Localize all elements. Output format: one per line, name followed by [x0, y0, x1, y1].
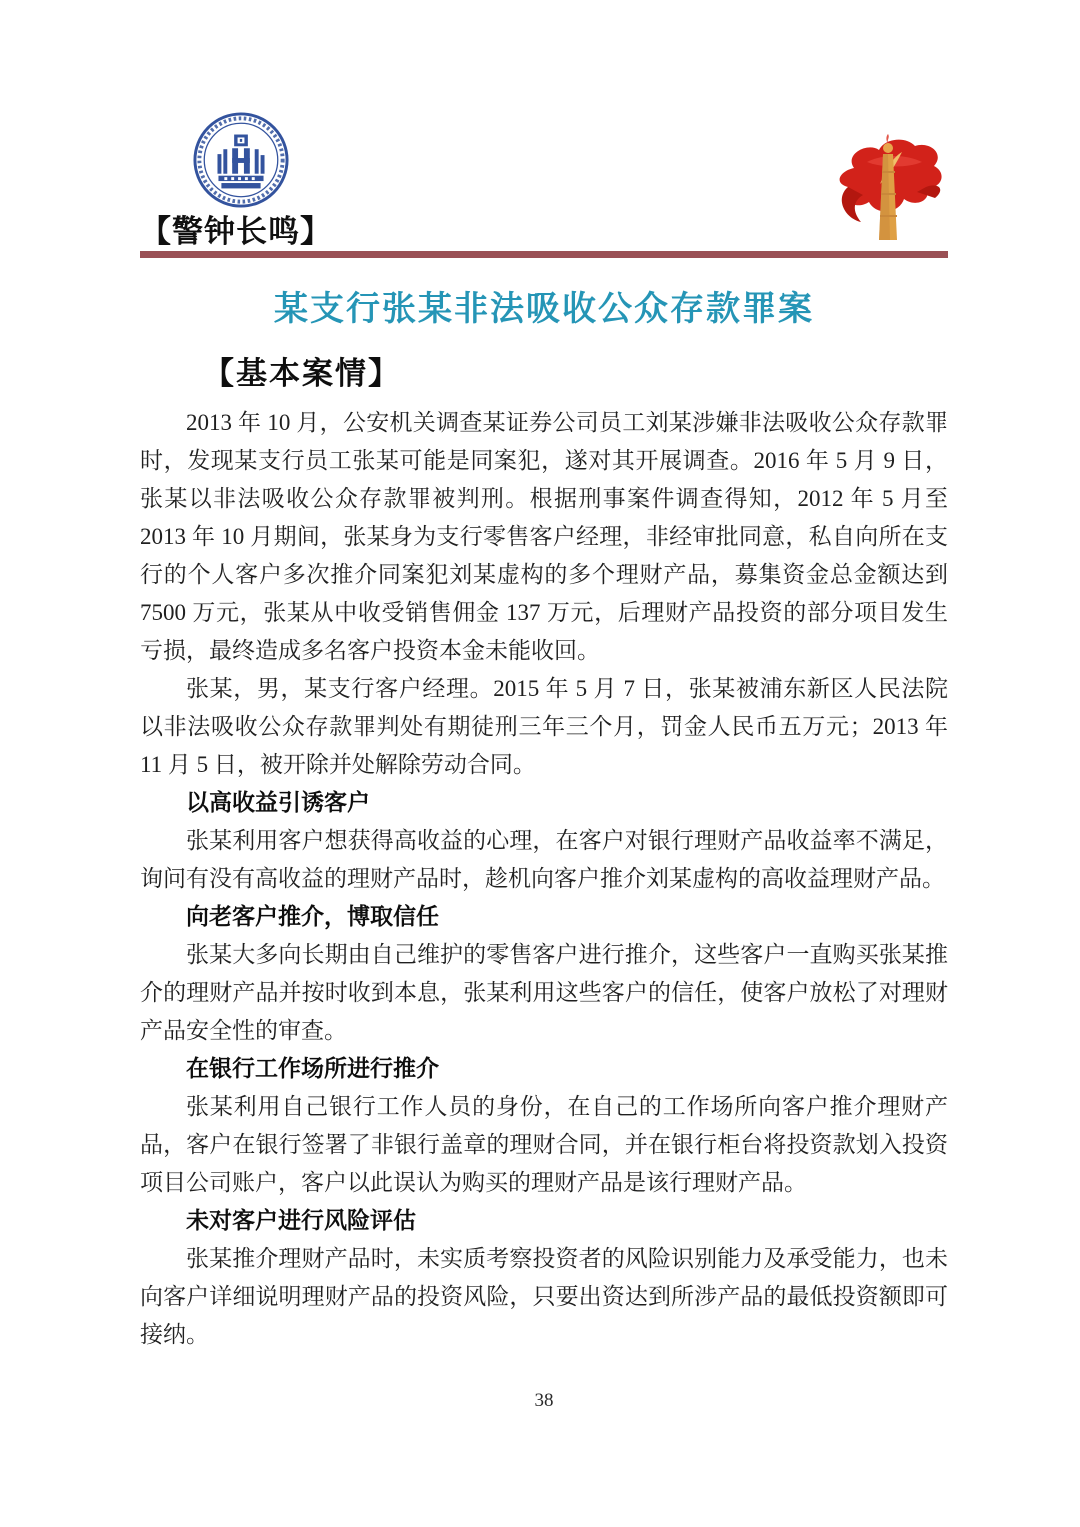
header-divider	[140, 251, 948, 258]
subhead-old-customers: 向老客户推介，博取信任	[140, 898, 948, 936]
paragraph-old-customers: 张某大多向长期由自己维护的零售客户进行推介，这些客户一直购买张某推介的理财产品并…	[140, 936, 948, 1050]
subhead-no-risk-assessment: 未对客户进行风险评估	[140, 1202, 948, 1240]
red-flag-icon	[822, 132, 954, 250]
column-label: 【警钟长鸣】	[140, 206, 332, 251]
article-title: 某支行张某非法吸收公众存款罪案	[140, 281, 948, 330]
paragraph-sentence: 张某，男，某支行客户经理。2015 年 5 月 7 日，张某被浦东新区人民法院以…	[140, 670, 948, 784]
case-body: 2013 年 10 月，公安机关调查某证券公司员工刘某涉嫌非法吸收公众存款罪时，…	[140, 404, 948, 1354]
paragraph-no-risk-assessment: 张某推介理财产品时，未实质考察投资者的风险识别能力及承受能力，也未向客户详细说明…	[140, 1240, 948, 1354]
section-heading: 【基本案情】	[203, 348, 401, 393]
document-page: 【警钟长鸣】 某支行张某非法吸收公众存款罪案 【基本案情】 2013 年 10 …	[0, 0, 1080, 1527]
paragraph-case-overview: 2013 年 10 月，公安机关调查某证券公司员工刘某涉嫌非法吸收公众存款罪时，…	[140, 404, 948, 670]
bank-seal-logo-icon	[192, 111, 290, 209]
paragraph-bank-premises: 张某利用自己银行工作人员的身份，在自己的工作场所向客户推介理财产品，客户在银行签…	[140, 1088, 948, 1202]
subhead-bank-premises: 在银行工作场所进行推介	[140, 1050, 948, 1088]
page-number: 38	[140, 1390, 948, 1412]
paragraph-high-yield-lure: 张某利用客户想获得高收益的心理，在客户对银行理财产品收益率不满足，询问有没有高收…	[140, 822, 948, 898]
subhead-high-yield-lure: 以高收益引诱客户	[140, 784, 948, 822]
